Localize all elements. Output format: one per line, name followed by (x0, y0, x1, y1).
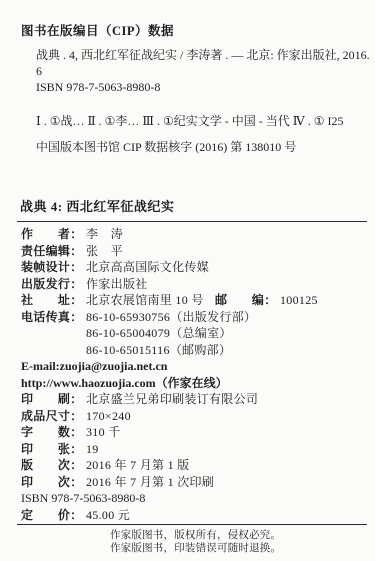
phone-label: 电话传真： (21, 309, 86, 326)
row-editor: 责任编辑：张 平 (21, 243, 375, 260)
row-phone: 电话传真：86-10-65930756（出版发行部） (21, 309, 375, 326)
colophon-rows: 作 者：李 涛 责任编辑：张 平 装帧设计：北京高高国际文化传媒 出版发行：作家… (21, 226, 375, 523)
row-size: 成品尺寸：170×240 (21, 408, 375, 425)
publisher-value: 作家出版社 (86, 277, 148, 291)
author-value: 李 涛 (86, 227, 123, 241)
address-label: 社 址： (21, 292, 86, 309)
book-title: 战典 4: 西北红军征战纪实 (20, 199, 375, 215)
row-author: 作 者：李 涛 (21, 226, 375, 243)
row-sheets: 印 张：19 (21, 441, 375, 458)
row-publisher: 出版发行：作家出版社 (21, 276, 375, 293)
editor-label: 责任编辑： (21, 243, 86, 260)
printer-value: 北京盛兰兄弟印刷装订有限公司 (86, 392, 258, 406)
word-count-label: 字 数： (21, 424, 86, 441)
row-impression: 印 次：2016 年 7 月第 1 次印刷 (21, 474, 375, 491)
copyright-page: 图书在版编目（CIP）数据 战典 . 4, 西北红军征战纪实 / 李涛著 . —… (0, 0, 375, 561)
cip-isbn: ISBN 978-7-5063-8980-8 (36, 79, 375, 95)
copyright-notice: 作家版图书，版权所有，侵权必究。 (110, 530, 375, 543)
printer-label: 印 刷： (21, 391, 86, 408)
row-price: 定 价：45.00 元 (21, 507, 375, 524)
cip-classification: Ⅰ . ①战… Ⅱ . ①李… Ⅲ . ①纪实文学 - 中国 - 当代 Ⅳ . … (36, 113, 375, 129)
address-value: 北京农展馆南里 10 号 (86, 292, 215, 309)
design-value: 北京高高国际文化传媒 (86, 260, 209, 274)
impression-label: 印 次： (21, 474, 86, 491)
title-divider (17, 221, 367, 222)
return-notice: 作家版图书，印装错误可随时退换。 (110, 543, 375, 556)
row-phone-cont: 86-10-65004079（总编室） (21, 325, 375, 342)
editor-value: 张 平 (86, 244, 123, 258)
row-address-zip: 社 址：北京农展馆南里 10 号邮 编：100125 (21, 292, 375, 309)
cip-description: 战典 . 4, 西北红军征战纪实 / 李涛著 . — 北京: 作家出版社, 20… (36, 47, 375, 79)
sheets-label: 印 张： (21, 441, 86, 458)
cip-block: 战典 . 4, 西北红军征战纪实 / 李涛著 . — 北京: 作家出版社, 20… (36, 47, 375, 155)
sheets-value: 19 (86, 442, 99, 456)
row-edition: 版 次：2016 年 7 月第 1 版 (21, 457, 375, 474)
price-label: 定 价： (21, 507, 86, 524)
author-label: 作 者： (21, 226, 86, 243)
zip-value: 100125 (280, 293, 318, 307)
footer-notices: 作家版图书，版权所有，侵权必究。 作家版图书，印装错误可随时退换。 (110, 530, 375, 555)
size-label: 成品尺寸： (21, 408, 86, 425)
zip-label: 邮 编： (215, 292, 280, 309)
phone-value-1: 86-10-65930756（出版发行部） (86, 310, 256, 324)
publisher-label: 出版发行： (21, 276, 86, 293)
impression-value: 2016 年 7 月第 1 次印刷 (86, 475, 214, 489)
price-value: 45.00 元 (86, 508, 130, 522)
row-phone-cont: 86-10-65015116（邮购部） (21, 342, 375, 359)
cip-record-number: 中国版本图书馆 CIP 数据核字 (2016) 第 138010 号 (36, 139, 375, 155)
edition-value: 2016 年 7 月第 1 版 (86, 458, 190, 472)
footer-divider (17, 524, 367, 525)
row-printer: 印 刷：北京盛兰兄弟印刷装订有限公司 (21, 391, 375, 408)
phone-value-2: 86-10-65004079（总编室） (86, 326, 232, 340)
row-design: 装帧设计：北京高高国际文化传媒 (21, 259, 375, 276)
row-email: E-mail:zuojia@zuojia.net.cn (21, 358, 375, 375)
design-label: 装帧设计： (21, 259, 86, 276)
word-count-value: 310 千 (86, 425, 121, 439)
edition-label: 版 次： (21, 457, 86, 474)
row-word-count: 字 数：310 千 (21, 424, 375, 441)
phone-value-3: 86-10-65015116（邮购部） (86, 343, 231, 357)
row-isbn: ISBN 978-7-5063-8980-8 (21, 490, 375, 507)
row-website: http://www.haozuojia.com（作家在线） (21, 375, 375, 392)
cip-header: 图书在版编目（CIP）数据 (21, 23, 375, 39)
size-value: 170×240 (86, 409, 131, 423)
